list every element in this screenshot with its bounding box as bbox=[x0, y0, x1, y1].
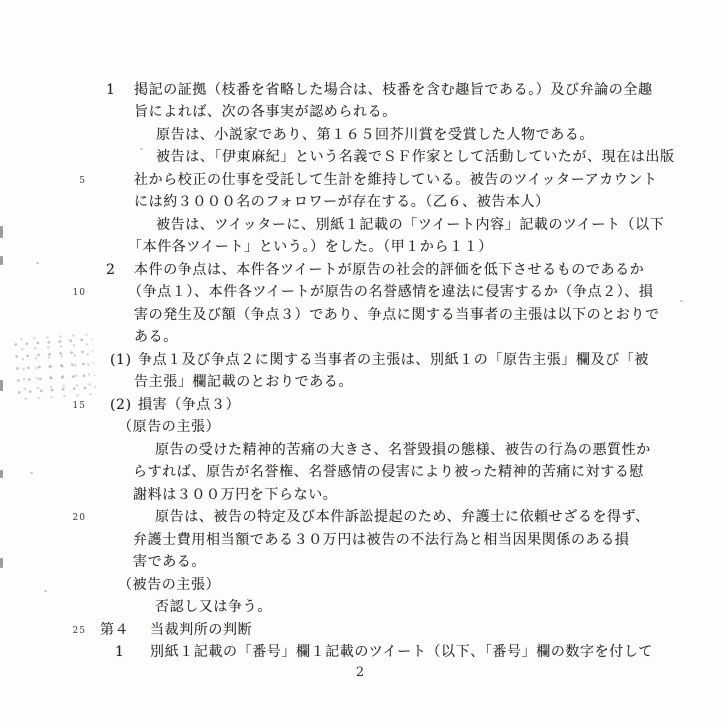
line-text: 否認し又は争う。 bbox=[155, 597, 272, 617]
text-line: 被告は、ツイッターに、別紙１記載の「ツイート内容」記載のツイート（以下 bbox=[0, 215, 726, 237]
line-text: 当裁判所の判断 bbox=[150, 620, 252, 640]
text-line: 謝料は３００万円を下らない。 bbox=[0, 485, 726, 507]
line-text: 害である。 bbox=[133, 552, 206, 572]
text-line: 1掲記の証拠（枝番を省略した場合は、枝番を含む趣旨である。）及び弁論の全趣 bbox=[0, 80, 726, 102]
text-line: 害の発生及び額（争点３）であり、争点に関する当事者の主張は以下のとおりで bbox=[0, 305, 726, 327]
item-number: (2) bbox=[110, 395, 132, 415]
text-line: ある。 bbox=[0, 327, 726, 349]
text-line: (1)争点１及び争点２に関する当事者の主張は、別紙１の「原告主張」欄及び「被 bbox=[0, 350, 726, 372]
line-text: 弁護士費用相当額である３０万円は被告の不法行為と相当因果関係のある損 bbox=[133, 530, 629, 550]
item-number: (1) bbox=[110, 350, 132, 370]
line-text: （争点１）、本件各ツイートが原告の名誉感情を違法に侵害するか（争点２）、損 bbox=[128, 282, 654, 302]
line-text: 掲記の証拠（枝番を省略した場合は、枝番を含む趣旨である。）及び弁論の全趣 bbox=[134, 80, 653, 100]
line-text: 原告の受けた精神的苦痛の大きさ、名誉毀損の態様、被告の行為の悪質性か bbox=[155, 440, 651, 460]
line-text: 旨によれば、次の各事実が認められる。 bbox=[134, 102, 397, 122]
text-line: （被告の主張） bbox=[0, 575, 726, 597]
text-line: 原告は、小説家であり、第１６５回芥川賞を受賞した人物である。 bbox=[0, 125, 726, 147]
line-text: 原告は、小説家であり、第１６５回芥川賞を受賞した人物である。 bbox=[156, 125, 594, 145]
text-line: 社から校正の仕事を受託して生計を維持している。被告のツイッターアカウント bbox=[0, 170, 726, 192]
text-line: 害である。 bbox=[0, 552, 726, 574]
text-line: 旨によれば、次の各事実が認められる。 bbox=[0, 102, 726, 124]
line-text: （被告の主張） bbox=[118, 575, 220, 595]
text-line: 被告は、「伊東麻紀」という名義でＳＦ作家として活動していたが、現在は出版 bbox=[0, 147, 726, 169]
line-text: 被告は、ツイッターに、別紙１記載の「ツイート内容」記載のツイート（以下 bbox=[156, 215, 664, 235]
text-line: 1別紙１記載の「番号」欄１記載のツイート（以下、「番号」欄の数字を付して bbox=[0, 642, 726, 664]
line-text: 原告は、被告の特定及び本件訴訟提起のため、弁護士に依頼せざるを得ず、 bbox=[155, 507, 650, 527]
document-page: 5 10 15 20 25 1掲記の証拠（枝番を省略した場合は、枝番を含む趣旨で… bbox=[0, 0, 726, 726]
line-text: 損害（争点３） bbox=[138, 395, 240, 415]
line-text: ある。 bbox=[134, 327, 178, 347]
line-text: 害の発生及び額（争点３）であり、争点に関する当事者の主張は以下のとおりで bbox=[134, 305, 660, 325]
text-line: らすれば、原告が名誉権、名誉感情の侵害により被った精神的苦痛に対する慰 bbox=[0, 462, 726, 484]
item-number: 1 bbox=[106, 80, 116, 100]
line-text: （原告の主張） bbox=[118, 417, 220, 437]
line-text: 本件の争点は、本件各ツイートが原告の社会的評価を低下させるものであるか bbox=[134, 260, 644, 280]
line-text: らすれば、原告が名誉権、名誉感情の侵害により被った精神的苦痛に対する慰 bbox=[133, 462, 644, 482]
line-text: 被告は、「伊東麻紀」という名義でＳＦ作家として活動していたが、現在は出版 bbox=[156, 147, 675, 167]
page-number: 2 bbox=[300, 665, 420, 680]
section-number: 第４ bbox=[100, 620, 129, 640]
text-line: 弁護士費用相当額である３０万円は被告の不法行為と相当因果関係のある損 bbox=[0, 530, 726, 552]
text-line: 原告の受けた精神的苦痛の大きさ、名誉毀損の態様、被告の行為の悪質性か bbox=[0, 440, 726, 462]
text-line: 「本件各ツイート」という。）をした。（甲１から１１） bbox=[0, 237, 726, 259]
item-number: 2 bbox=[106, 260, 116, 280]
text-line: 2本件の争点は、本件各ツイートが原告の社会的評価を低下させるものであるか bbox=[0, 260, 726, 282]
text-line: (2)損害（争点３） bbox=[0, 395, 726, 417]
text-line: 第４当裁判所の判断 bbox=[0, 620, 726, 642]
text-line: 告主張」欄記載のとおりである。 bbox=[0, 372, 726, 394]
line-text: 別紙１記載の「番号」欄１記載のツイート（以下、「番号」欄の数字を付して bbox=[150, 642, 653, 662]
line-text: には約３０００名のフォロワーが存在する。（乙６、被告本人） bbox=[134, 192, 550, 212]
line-text: 社から校正の仕事を受託して生計を維持している。被告のツイッターアカウント bbox=[134, 170, 658, 190]
line-text: 謝料は３００万円を下らない。 bbox=[133, 485, 337, 505]
text-line: 原告は、被告の特定及び本件訴訟提起のため、弁護士に依頼せざるを得ず、 bbox=[0, 507, 726, 529]
text-line: 否認し又は争う。 bbox=[0, 597, 726, 619]
text-line: （原告の主張） bbox=[0, 417, 726, 439]
line-text: 争点１及び争点２に関する当事者の主張は、別紙１の「原告主張」欄及び「被 bbox=[138, 350, 649, 370]
text-line: には約３０００名のフォロワーが存在する。（乙６、被告本人） bbox=[0, 192, 726, 214]
line-text: 告主張」欄記載のとおりである。 bbox=[134, 372, 353, 392]
item-number: 1 bbox=[115, 642, 125, 662]
line-text: 「本件各ツイート」という。）をした。（甲１から１１） bbox=[128, 237, 493, 257]
text-line: （争点１）、本件各ツイートが原告の名誉感情を違法に侵害するか（争点２）、損 bbox=[0, 282, 726, 304]
